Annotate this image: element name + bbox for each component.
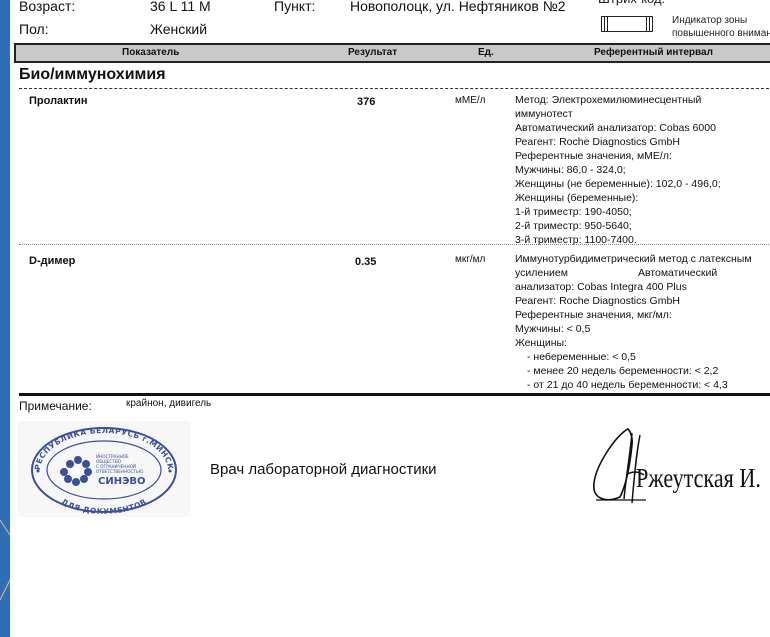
background-strip xyxy=(0,0,10,637)
point-label: Пункт: xyxy=(274,0,315,14)
test-unit-d-dimer: мкг/мл xyxy=(455,254,485,265)
test-result-d-dimer: 0.35 xyxy=(355,256,376,268)
sex-value: Женский xyxy=(150,21,207,37)
svg-text:СИНЭВО: СИНЭВО xyxy=(98,476,146,487)
section-divider xyxy=(19,88,770,89)
header-unit: Ед. xyxy=(478,46,494,60)
age-label: Возраст: xyxy=(19,0,75,14)
lab-report-page: Штрих-код: ·········· Возраст: 36 L 11 M… xyxy=(10,0,770,637)
signature-name: Ржеутская И. xyxy=(636,463,761,494)
barcode-partial: Штрих-код: ·········· xyxy=(598,0,712,6)
header-reference: Референтный интервал xyxy=(594,46,713,60)
table-header: Показатель Результат Ед. Референтный инт… xyxy=(14,43,770,63)
note-label: Примечание: xyxy=(19,399,92,413)
doctor-title: Врач лабораторной диагностики xyxy=(210,461,437,478)
note-value: крайнон, дивигель xyxy=(126,398,211,409)
sex-label: Пол: xyxy=(19,21,49,37)
age-value: 36 L 11 M xyxy=(150,0,211,14)
test-result-prolactin: 376 xyxy=(357,96,375,108)
organization-stamp: РЕСПУБЛИКА БЕЛАРУСЬ г.МИНСК ДЛЯ ДОКУМЕНТ… xyxy=(18,421,190,517)
test-name-prolactin: Пролактин xyxy=(29,95,87,107)
section-title: Био/иммунохимия xyxy=(19,66,166,84)
svg-text:ДЛЯ ДОКУМЕНТОВ: ДЛЯ ДОКУМЕНТОВ xyxy=(60,497,148,516)
test-name-d-dimer: D-димер xyxy=(29,255,75,267)
test-reference-d-dimer: Иммунотурбидиметрический метод с латексн… xyxy=(515,252,770,392)
header-indicator: Показатель xyxy=(122,46,179,60)
svg-text:ОТВЕТСТВЕННОСТЬЮ: ОТВЕТСТВЕННОСТЬЮ xyxy=(96,469,144,474)
header-result: Результат xyxy=(348,46,397,60)
row-divider xyxy=(19,244,770,245)
test-unit-prolactin: мМЕ/л xyxy=(455,95,486,106)
point-value: Новополоцк, ул. Нефтяников №2 xyxy=(350,0,566,14)
attention-indicator-legend: Индикатор зоны повышенного внимания xyxy=(672,14,770,40)
table-end-rule xyxy=(19,393,770,396)
attention-indicator-icon xyxy=(601,16,653,32)
test-reference-prolactin: Метод: Электрохемилюминесцентный иммунот… xyxy=(515,93,770,247)
